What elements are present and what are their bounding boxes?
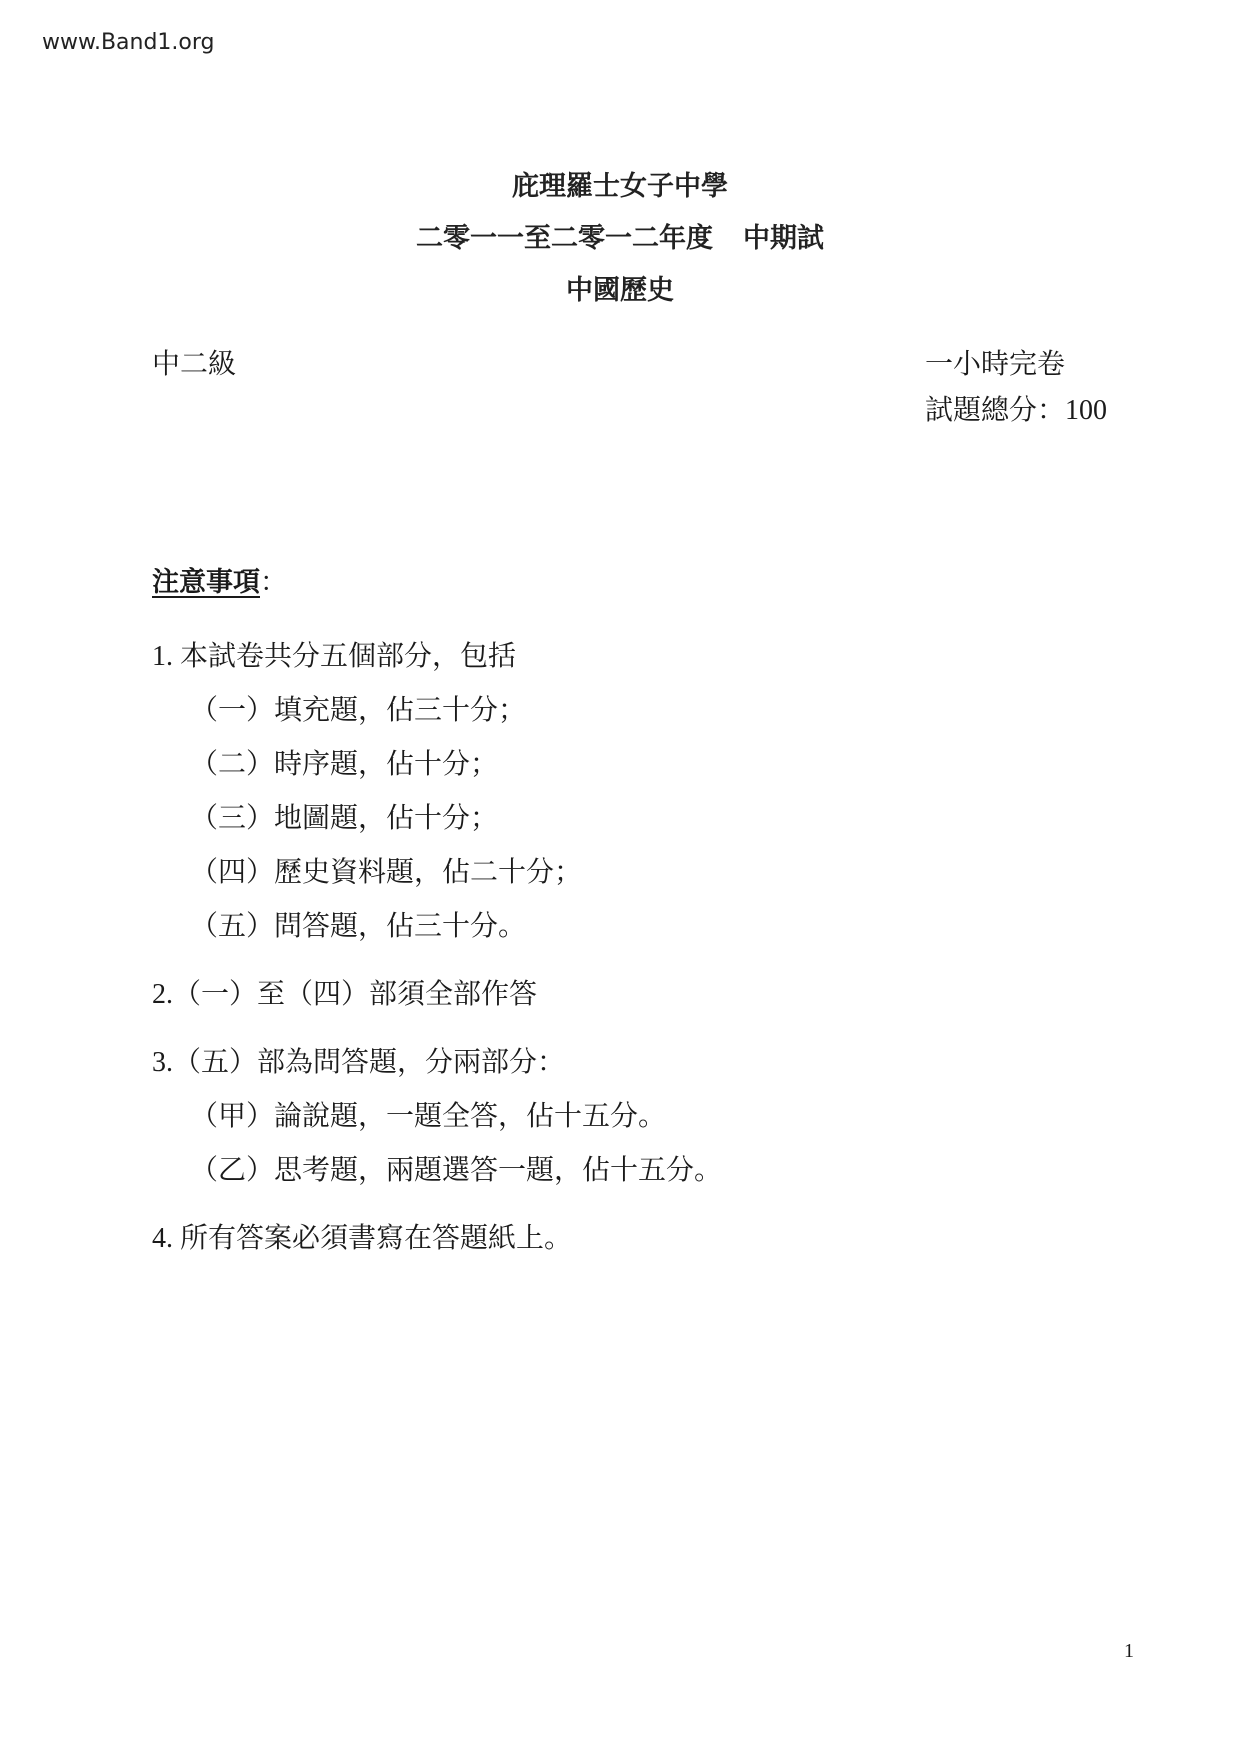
school-name: 庇理羅士女子中學 bbox=[0, 164, 1240, 203]
note-sub-item: （甲）論說題，一題全答，佔十五分。 bbox=[190, 1094, 666, 1134]
note-sub-item: （四）歷史資料題，佔二十分； bbox=[190, 850, 582, 890]
watermark: www.Band1.org bbox=[42, 30, 215, 55]
note-item-3: 3.（五）部為問答題，分兩部分： bbox=[152, 1040, 565, 1080]
note-sub-item: （三）地圖題，佔十分； bbox=[190, 796, 498, 836]
notes-heading-colon: ： bbox=[260, 567, 287, 598]
note-item-4: 4. 所有答案必須書寫在答題紙上。 bbox=[152, 1216, 572, 1256]
exam-duration: 一小時完卷 bbox=[925, 342, 1065, 382]
total-marks: 試題總分：100 bbox=[925, 388, 1107, 428]
exam-name: 中期試 bbox=[743, 223, 824, 254]
note-item-2: 2.（一）至（四）部須全部作答 bbox=[152, 972, 537, 1012]
note-sub-item: （二）時序題，佔十分； bbox=[190, 742, 498, 782]
academic-year: 二零一一至二零一二年度 bbox=[416, 223, 713, 254]
subject-title: 中國歷史 bbox=[0, 268, 1240, 307]
note-item-1: 1. 本試卷共分五個部分，包括 bbox=[152, 634, 516, 674]
note-sub-item: （乙）思考題，兩題選答一題，佔十五分。 bbox=[190, 1148, 722, 1188]
note-sub-item: （五）問答題，佔三十分。 bbox=[190, 904, 526, 944]
page-number: 1 bbox=[1124, 1640, 1134, 1663]
grade-level: 中二級 bbox=[152, 342, 236, 382]
exam-year-title: 二零一一至二零一二年度中期試 bbox=[0, 216, 1240, 255]
notes-heading: 注意事項： bbox=[152, 560, 287, 599]
note-sub-item: （一）填充題，佔三十分； bbox=[190, 688, 526, 728]
notes-heading-label: 注意事項 bbox=[152, 567, 260, 598]
